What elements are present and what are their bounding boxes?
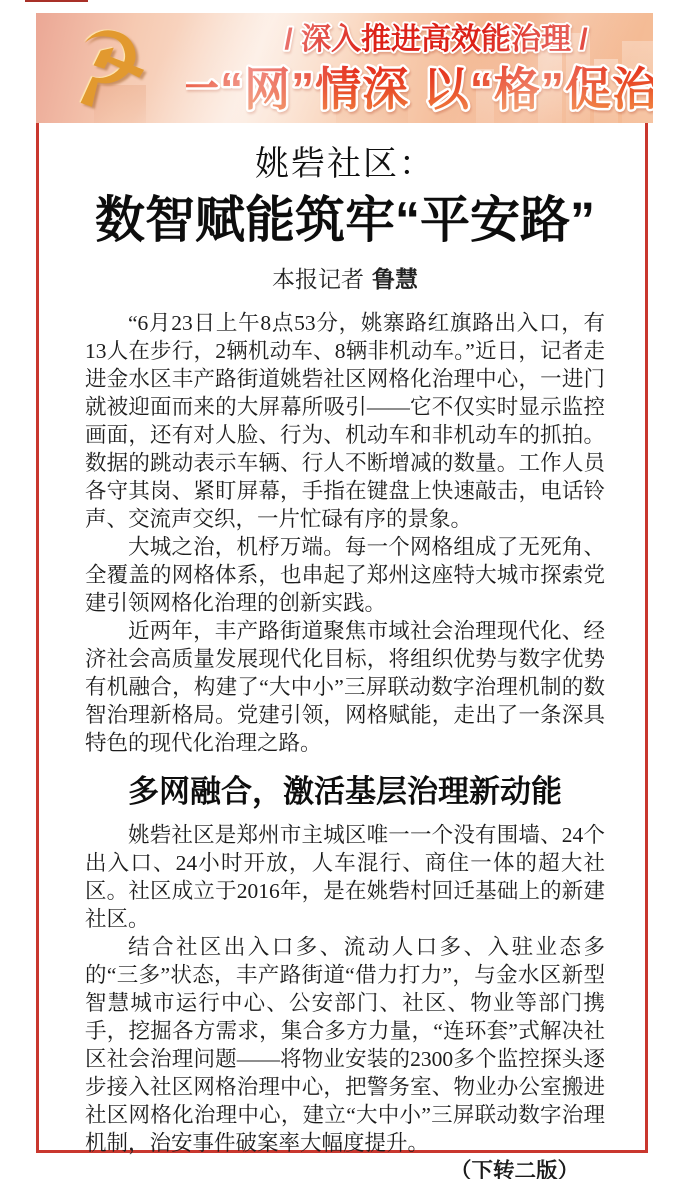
paragraph: 结合社区出入口多、流动人口多、入驻业态多的“三多”状态，丰产路街道“借力打力”，… <box>85 933 605 1157</box>
paragraph: 近两年，丰产路街道聚焦市域社会治理现代化、经济社会高质量发展现代化目标，将组织优… <box>85 617 605 757</box>
byline-label: 本报记者 <box>272 267 364 292</box>
paragraph: 姚砦社区是郑州市主城区唯一一个没有围墙、24个出入口、24小时开放，人车混行、商… <box>85 821 605 933</box>
section-heading: 多网融合，激活基层治理新动能 <box>85 773 605 811</box>
article-headline: 数智赋能筑牢“平安路” <box>85 191 605 249</box>
byline: 本报记者鲁慧 <box>85 265 605 295</box>
banner-slogan-line1: / 深入推进高效能治理 / <box>284 22 588 56</box>
article: 姚砦社区： 数智赋能筑牢“平安路” 本报记者鲁慧 “6月23日上午8点53分，姚… <box>36 123 648 1153</box>
banner-slogan-line2: 一“网”情深 以“格”促治 <box>186 63 653 115</box>
byline-reporter-name: 鲁慧 <box>372 267 418 292</box>
newspaper-page: ☭ / 深入推进高效能治理 / 一“网”情深 以“格”促治 姚砦社区： 数智赋能… <box>0 0 690 1179</box>
article-kicker: 姚砦社区： <box>85 145 605 185</box>
banner: ☭ / 深入推进高效能治理 / 一“网”情深 以“格”促治 <box>36 13 653 123</box>
paragraph: 大城之治，机杼万端。每一个网格组成了无死角、全覆盖的网格体系，也串起了郑州这座特… <box>85 533 605 617</box>
paragraph-text: 结合社区出入口多、流动人口多、入驻业态多的“三多”状态，丰产路街道“借力打力”，… <box>85 935 605 1155</box>
continuation-note: （下转二版） <box>407 1157 579 1179</box>
scan-artifact-line <box>25 0 88 2</box>
paragraph: “6月23日上午8点53分，姚寨路红旗路出入口，有13人在步行，2辆机动车、8辆… <box>85 309 605 533</box>
banner-slogans: / 深入推进高效能治理 / 一“网”情深 以“格”促治 <box>186 13 653 123</box>
